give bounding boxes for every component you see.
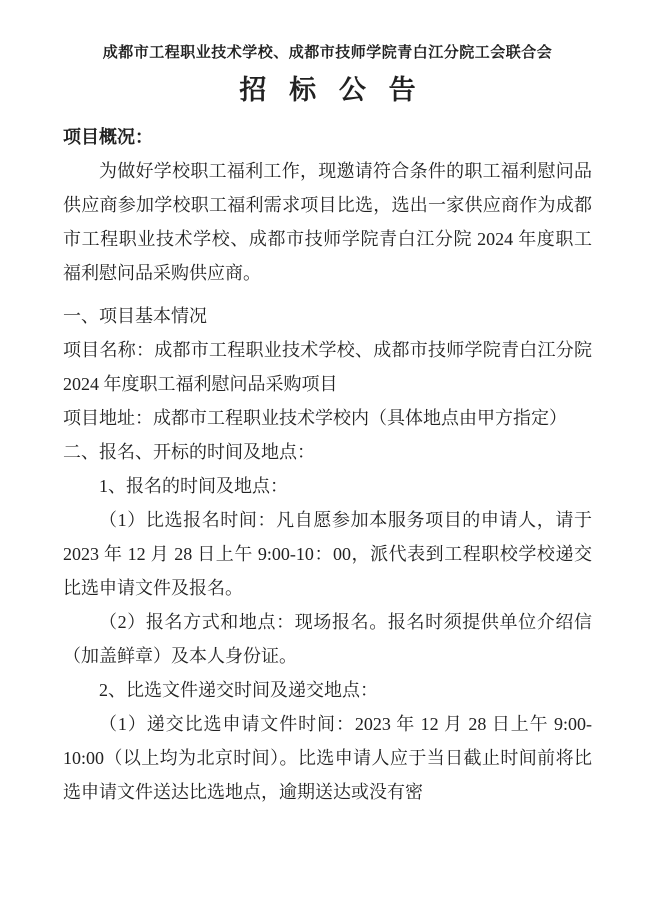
overview-heading: 项目概况： — [63, 120, 592, 154]
project-name-line: 项目名称：成都市工程职业技术学校、成都市技师学院青白江分院 2024 年度职工福… — [63, 333, 592, 401]
organization-header: 成都市工程职业技术学校、成都市技师学院青白江分院工会联合会 — [63, 44, 592, 63]
document-title: 招 标 公 告 — [63, 73, 592, 107]
item-1-sub-1: （1）比选报名时间：凡自愿参加本服务项目的申请人，请于 2023 年 12 月 … — [63, 503, 592, 605]
item-1-sub-2: （2）报名方式和地点：现场报名。报名时须提供单位介绍信（加盖鲜章）及本人身份证。 — [63, 605, 592, 673]
section-2-heading: 二、报名、开标的时间及地点： — [63, 435, 592, 469]
project-address-line: 项目地址：成都市工程职业技术学校内（具体地点由甲方指定） — [63, 401, 592, 435]
document-page: 成都市工程职业技术学校、成都市技师学院青白江分院工会联合会 招 标 公 告 项目… — [0, 0, 656, 904]
item-2-heading: 2、比选文件递交时间及递交地点： — [63, 673, 592, 707]
item-1-heading: 1、报名的时间及地点： — [63, 469, 592, 503]
item-2-sub-1: （1）递交比选申请文件时间：2023 年 12 月 28 日上午 9:00-10… — [63, 707, 592, 809]
section-1-heading: 一、项目基本情况 — [63, 299, 592, 333]
overview-paragraph: 为做好学校职工福利工作，现邀请符合条件的职工福利慰问品供应商参加学校职工福利需求… — [63, 154, 592, 290]
